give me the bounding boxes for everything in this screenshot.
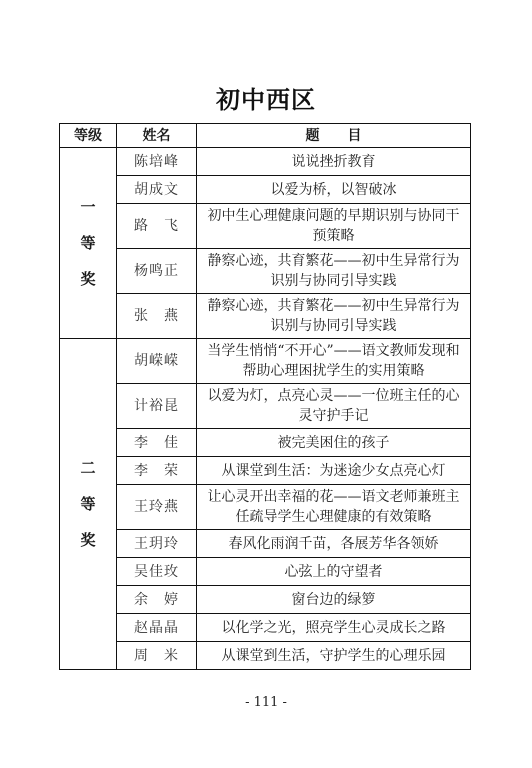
level-char: 奖 <box>64 261 112 297</box>
name-cell: 赵晶晶 <box>117 614 197 642</box>
level-cell-first-prize: 一 等 奖 <box>60 148 117 339</box>
topic-cell: 以爱为灯，点亮心灵——一位班主任的心灵守护手记 <box>197 384 471 429</box>
level-char: 奖 <box>64 522 112 558</box>
name-cell: 胡嵘嵘 <box>117 339 197 384</box>
name-cell: 杨鸣正 <box>117 249 197 294</box>
name-cell: 吴佳玫 <box>117 558 197 586</box>
table-row: 余 婷 窗台边的绿箩 <box>60 586 471 614</box>
name-cell: 陈培峰 <box>117 148 197 176</box>
name-cell: 余 婷 <box>117 586 197 614</box>
topic-cell: 说说挫折教育 <box>197 148 471 176</box>
table-row: 一 等 奖 陈培峰 说说挫折教育 <box>60 148 471 176</box>
table-row: 王玲燕 让心灵开出幸福的花——语文老师兼班主任疏导学生心理健康的有效策略 <box>60 485 471 530</box>
level-char: 一 <box>64 189 112 225</box>
name-cell: 胡成文 <box>117 176 197 204</box>
table-row: 李 荣 从课堂到生活：为迷途少女点亮心灯 <box>60 457 471 485</box>
name-cell: 李 荣 <box>117 457 197 485</box>
level-char: 等 <box>64 225 112 261</box>
table-row: 周 米 从课堂到生活，守护学生的心理乐园 <box>60 642 471 670</box>
topic-cell: 从课堂到生活，守护学生的心理乐园 <box>197 642 471 670</box>
name-cell: 周 米 <box>117 642 197 670</box>
table-row: 赵晶晶 以化学之光，照亮学生心灵成长之路 <box>60 614 471 642</box>
table-row: 胡成文 以爱为桥，以智破冰 <box>60 176 471 204</box>
topic-cell: 静察心迹，共育繁花——初中生异常行为识别与协同引导实践 <box>197 294 471 339</box>
topic-cell: 让心灵开出幸福的花——语文老师兼班主任疏导学生心理健康的有效策略 <box>197 485 471 530</box>
name-cell: 李 佳 <box>117 429 197 457</box>
header-topic: 题 目 <box>197 124 471 148</box>
table-row: 二 等 奖 胡嵘嵘 当学生悄悄“不开心”——语文教师发现和帮助心理困扰学生的实用… <box>60 339 471 384</box>
page-number: - 111 - <box>0 695 532 710</box>
table-row: 计裕昆 以爱为灯，点亮心灵——一位班主任的心灵守护手记 <box>60 384 471 429</box>
topic-cell: 当学生悄悄“不开心”——语文教师发现和帮助心理困扰学生的实用策略 <box>197 339 471 384</box>
topic-cell: 春风化雨润千苗，各展芳华各领娇 <box>197 530 471 558</box>
table-row: 杨鸣正 静察心迹，共育繁花——初中生异常行为识别与协同引导实践 <box>60 249 471 294</box>
table-row: 吴佳玫 心弦上的守望者 <box>60 558 471 586</box>
awards-table: 等级 姓名 题 目 一 等 奖 陈培峰 说说挫折教育 胡成文 以爱为桥，以智破冰… <box>59 123 471 670</box>
topic-cell: 被完美困住的孩子 <box>197 429 471 457</box>
header-level: 等级 <box>60 124 117 148</box>
level-cell-second-prize: 二 等 奖 <box>60 339 117 670</box>
topic-cell: 从课堂到生活：为迷途少女点亮心灯 <box>197 457 471 485</box>
table-row: 路 飞 初中生心理健康问题的早期识别与协同干预策略 <box>60 204 471 249</box>
name-cell: 路 飞 <box>117 204 197 249</box>
page-title: 初中西区 <box>0 80 532 115</box>
table-row: 张 燕 静察心迹，共育繁花——初中生异常行为识别与协同引导实践 <box>60 294 471 339</box>
level-char: 二 <box>64 450 112 486</box>
header-name: 姓名 <box>117 124 197 148</box>
name-cell: 张 燕 <box>117 294 197 339</box>
topic-cell: 窗台边的绿箩 <box>197 586 471 614</box>
topic-cell: 初中生心理健康问题的早期识别与协同干预策略 <box>197 204 471 249</box>
table-row: 王玥玲 春风化雨润千苗，各展芳华各领娇 <box>60 530 471 558</box>
table-header-row: 等级 姓名 题 目 <box>60 124 471 148</box>
name-cell: 王玥玲 <box>117 530 197 558</box>
topic-cell: 静察心迹，共育繁花——初中生异常行为识别与协同引导实践 <box>197 249 471 294</box>
level-char: 等 <box>64 486 112 522</box>
table-row: 李 佳 被完美困住的孩子 <box>60 429 471 457</box>
name-cell: 计裕昆 <box>117 384 197 429</box>
name-cell: 王玲燕 <box>117 485 197 530</box>
topic-cell: 以爱为桥，以智破冰 <box>197 176 471 204</box>
topic-cell: 心弦上的守望者 <box>197 558 471 586</box>
topic-cell: 以化学之光，照亮学生心灵成长之路 <box>197 614 471 642</box>
